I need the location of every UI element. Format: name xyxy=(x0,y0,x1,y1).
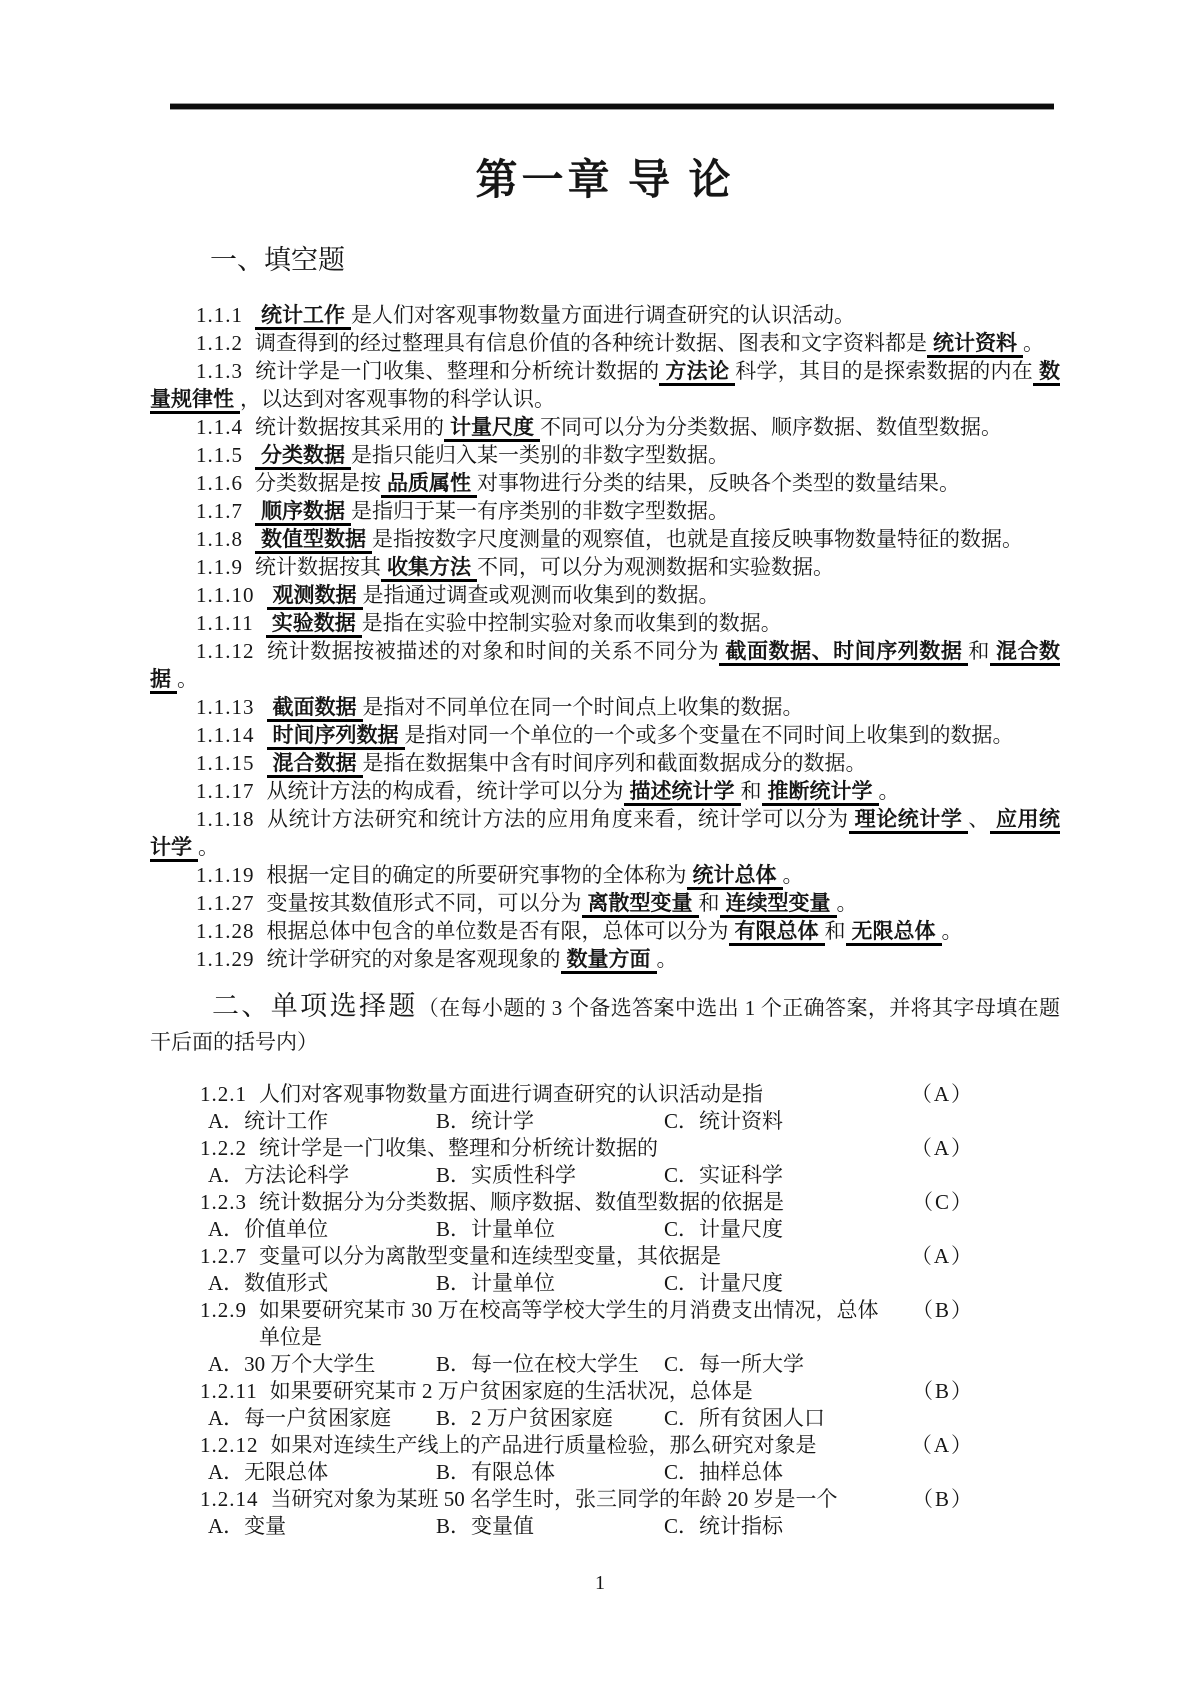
item-text: 统计数据按其采用的 xyxy=(255,415,444,439)
option-C: C．统计指标 xyxy=(664,1513,783,1540)
item-text: 和 xyxy=(741,779,762,803)
options-line: A．30 万个大学生B．每一位在校大学生C．每一所大学 xyxy=(150,1351,1060,1378)
answer-letter: （B） xyxy=(898,1486,974,1513)
item-number: 1.1.10 xyxy=(196,583,255,607)
option-A: A．统计工作 xyxy=(208,1108,436,1135)
blank-answer: 收集方法 xyxy=(381,555,477,582)
answer-letter: （C） xyxy=(898,1189,974,1216)
item-text: 。 xyxy=(177,667,198,691)
item-number: 1.1.27 xyxy=(196,891,255,915)
options-line: A．每一户贫困家庭B．2 万户贫困家庭C．所有贫困人口 xyxy=(150,1405,1060,1432)
item-text: 。 xyxy=(783,863,804,887)
blank-answer: 离散型变量 xyxy=(582,891,699,918)
blank-answer: 连续型变量 xyxy=(720,891,837,918)
item-number: 1.2.9 xyxy=(200,1297,247,1324)
fill-item-1.1.18: 1.1.18从统计方法研究和统计方法的应用角度来看，统计学可以分为理论统计学、应… xyxy=(150,805,1060,861)
question-text: 如果要研究某市 30 万在校高等学校大学生的月消费支出情况，总体单位是 xyxy=(259,1297,898,1351)
fill-item-1.1.17: 1.1.17从统计方法的构成看，统计学可以分为描述统计学和推断统计学。 xyxy=(150,777,1060,805)
fill-item-1.1.11: 1.1.11实验数据是指在实验中控制实验对象而收集到的数据。 xyxy=(150,609,1060,637)
mcq-item-1.2.11: 1.2.11如果要研究某市 2 万户贫困家庭的生活状况，总体是（B）A．每一户贫… xyxy=(150,1378,1060,1432)
question-text: 如果对连续生产线上的产品进行质量检验，那么研究对象是 xyxy=(271,1432,817,1459)
item-text: 统计数据按被描述的对象和时间的关系不同分为 xyxy=(267,639,720,663)
item-text: 不同可以分为分类数据、顺序数据、数值型数据。 xyxy=(540,415,1002,439)
mcq-item-1.2.3: 1.2.3统计数据分为分类数据、顺序数据、数值型数据的依据是（C）A．价值单位B… xyxy=(150,1189,1060,1243)
mcq-item-1.2.2: 1.2.2统计学是一门收集、整理和分析统计数据的（A）A．方法论科学B．实质性科… xyxy=(150,1135,1060,1189)
option-A: A．无限总体 xyxy=(208,1459,436,1486)
item-number: 1.1.5 xyxy=(196,443,243,467)
fill-item-1.1.27: 1.1.27变量按其数值形式不同，可以分为离散型变量和连续型变量。 xyxy=(150,889,1060,917)
option-B: B．变量值 xyxy=(436,1513,664,1540)
question-text: 当研究对象为某班 50 名学生时，张三同学的年龄 20 岁是一个 xyxy=(271,1486,838,1513)
item-number: 1.1.17 xyxy=(196,779,255,803)
item-text: 。 xyxy=(198,835,219,859)
question-line: 1.2.2统计学是一门收集、整理和分析统计数据的（A） xyxy=(150,1135,1060,1162)
question-line: 1.2.9如果要研究某市 30 万在校高等学校大学生的月消费支出情况，总体单位是… xyxy=(150,1297,1060,1351)
blank-answer: 截面数据 xyxy=(267,695,363,722)
item-number: 1.1.6 xyxy=(196,471,243,495)
fill-item-1.1.13: 1.1.13截面数据是指对不同单位在同一个时间点上收集的数据。 xyxy=(150,693,1060,721)
item-number: 1.1.14 xyxy=(196,723,255,747)
answer-letter: （B） xyxy=(898,1378,974,1405)
page-number: 1 xyxy=(0,1572,1200,1595)
chapter-title: 第一章 导 论 xyxy=(150,155,1060,207)
item-text: 。 xyxy=(1023,331,1044,355)
item-text: 不同，可以分为观测数据和实验数据。 xyxy=(477,555,834,579)
blank-answer: 无限总体 xyxy=(846,919,942,946)
answer-letter: （A） xyxy=(897,1432,974,1459)
blank-answer: 有限总体 xyxy=(729,919,825,946)
option-C: C．所有贫困人口 xyxy=(664,1405,825,1432)
fill-item-1.1.3: 1.1.3统计学是一门收集、整理和分析统计数据的方法论科学，其目的是探索数据的内… xyxy=(150,357,1060,413)
blank-answer: 数值型数据 xyxy=(255,527,372,554)
options-line: A．价值单位B．计量单位C．计量尺度 xyxy=(150,1216,1060,1243)
item-text: 。 xyxy=(942,919,963,943)
item-text: 根据一定目的确定的所要研究事物的全体称为 xyxy=(267,863,687,887)
item-text: 是指按数字尺度测量的观察值，也就是直接反映事物数量特征的数据。 xyxy=(372,527,1023,551)
option-B: B．2 万户贫困家庭 xyxy=(436,1405,664,1432)
item-text: 统计数据按其 xyxy=(255,555,381,579)
item-text: 是指在实验中控制实验对象而收集到的数据。 xyxy=(362,611,782,635)
answer-letter: （A） xyxy=(897,1243,974,1270)
fill-item-1.1.1: 1.1.1统计工作是人们对客观事物数量方面进行调查研究的认识活动。 xyxy=(150,301,1060,329)
fill-item-1.1.14: 1.1.14时间序列数据是指对同一个单位的一个或多个变量在不同时间上收集到的数据… xyxy=(150,721,1060,749)
item-number: 1.1.8 xyxy=(196,527,243,551)
item-number: 1.2.1 xyxy=(200,1081,247,1108)
option-C: C．计量尺度 xyxy=(664,1270,783,1297)
item-text: 。 xyxy=(657,947,678,971)
answer-letter: （A） xyxy=(897,1081,974,1108)
question-text: 统计数据分为分类数据、顺序数据、数值型数据的依据是 xyxy=(259,1189,784,1216)
options-line: A．无限总体B．有限总体C．抽样总体 xyxy=(150,1459,1060,1486)
item-number: 1.1.19 xyxy=(196,863,255,887)
fill-in-section-heading: 一、填空题 xyxy=(150,243,1060,277)
blank-answer: 描述统计学 xyxy=(624,779,741,806)
option-A: A．每一户贫困家庭 xyxy=(208,1405,436,1432)
blank-answer: 统计资料 xyxy=(927,331,1023,358)
option-C: C．计量尺度 xyxy=(664,1216,783,1243)
options-line: A．统计工作B．统计学C．统计资料 xyxy=(150,1108,1060,1135)
option-B: B．每一位在校大学生 xyxy=(436,1351,664,1378)
option-A: A．方法论科学 xyxy=(208,1162,436,1189)
item-text: 是指在数据集中含有时间序列和截面数据成分的数据。 xyxy=(363,751,867,775)
blank-answer: 统计工作 xyxy=(255,303,351,330)
item-number: 1.1.7 xyxy=(196,499,243,523)
item-number: 1.1.11 xyxy=(196,611,254,635)
question-text: 如果要研究某市 2 万户贫困家庭的生活状况，总体是 xyxy=(270,1378,753,1405)
fill-item-1.1.12: 1.1.12统计数据按被描述的对象和时间的关系不同分为截面数据、时间序列数据和混… xyxy=(150,637,1060,693)
options-line: A．变量B．变量值C．统计指标 xyxy=(150,1513,1060,1540)
mcq-item-1.2.12: 1.2.12如果对连续生产线上的产品进行质量检验，那么研究对象是（A）A．无限总… xyxy=(150,1432,1060,1486)
item-text: 是指对不同单位在同一个时间点上收集的数据。 xyxy=(363,695,804,719)
item-text: 、 xyxy=(968,807,990,831)
mcq-section-heading: 二、单项选择题（在每小题的 3 个备选答案中选出 1 个正确答案，并将其字母填在… xyxy=(150,989,1060,1059)
question-line: 1.2.12如果对连续生产线上的产品进行质量检验，那么研究对象是（A） xyxy=(150,1432,1060,1459)
item-text: 根据总体中包含的单位数是否有限，总体可以分为 xyxy=(267,919,729,943)
option-C: C．实证科学 xyxy=(664,1162,783,1189)
item-text: 从统计方法研究和统计方法的应用角度来看，统计学可以分为 xyxy=(267,807,849,831)
option-C: C．统计资料 xyxy=(664,1108,783,1135)
mcq-list: 1.2.1人们对客观事物数量方面进行调查研究的认识活动是指（A）A．统计工作B．… xyxy=(150,1081,1060,1540)
item-number: 1.2.7 xyxy=(200,1243,247,1270)
question-line: 1.2.1人们对客观事物数量方面进行调查研究的认识活动是指（A） xyxy=(150,1081,1060,1108)
fill-item-1.1.29: 1.1.29统计学研究的对象是客观现象的数量方面。 xyxy=(150,945,1060,973)
item-text: 是指只能归入某一类别的非数字型数据。 xyxy=(351,443,729,467)
item-text: 科学，其目的是探索数据的内在 xyxy=(735,359,1033,383)
blank-answer: 分类数据 xyxy=(255,443,351,470)
option-B: B．计量单位 xyxy=(436,1270,664,1297)
option-B: B．有限总体 xyxy=(436,1459,664,1486)
fill-item-1.1.5: 1.1.5分类数据是指只能归入某一类别的非数字型数据。 xyxy=(150,441,1060,469)
option-B: B．统计学 xyxy=(436,1108,664,1135)
item-text: 和 xyxy=(968,639,990,663)
blank-answer: 顺序数据 xyxy=(255,499,351,526)
option-A: A．数值形式 xyxy=(208,1270,436,1297)
fill-item-1.1.9: 1.1.9统计数据按其收集方法不同，可以分为观测数据和实验数据。 xyxy=(150,553,1060,581)
mcq-heading-label: 二、单项选择题 xyxy=(212,991,418,1021)
fill-item-1.1.10: 1.1.10观测数据是指通过调查或观测而收集到的数据。 xyxy=(150,581,1060,609)
blank-answer: 统计总体 xyxy=(687,863,783,890)
item-text: 。 xyxy=(837,891,858,915)
item-text: 调查得到的经过整理具有信息价值的各种统计数据、图表和文字资料都是 xyxy=(255,331,927,355)
question-line: 1.2.11如果要研究某市 2 万户贫困家庭的生活状况，总体是（B） xyxy=(150,1378,1060,1405)
header-rule xyxy=(170,104,1054,109)
item-number: 1.1.29 xyxy=(196,947,255,971)
options-line: A．方法论科学B．实质性科学C．实证科学 xyxy=(150,1162,1060,1189)
option-B: B．实质性科学 xyxy=(436,1162,664,1189)
fill-item-1.1.19: 1.1.19根据一定目的确定的所要研究事物的全体称为统计总体。 xyxy=(150,861,1060,889)
fill-item-1.1.4: 1.1.4统计数据按其采用的计量尺度不同可以分为分类数据、顺序数据、数值型数据。 xyxy=(150,413,1060,441)
item-text: 统计学是一门收集、整理和分析统计数据的 xyxy=(255,359,659,383)
item-number: 1.1.2 xyxy=(196,331,243,355)
item-number: 1.1.18 xyxy=(196,807,255,831)
fill-in-list: 1.1.1统计工作是人们对客观事物数量方面进行调查研究的认识活动。1.1.2调查… xyxy=(150,301,1060,973)
item-text: 是指通过调查或观测而收集到的数据。 xyxy=(363,583,720,607)
item-text: 是指归于某一有序类别的非数字型数据。 xyxy=(351,499,729,523)
item-number: 1.2.3 xyxy=(200,1189,247,1216)
blank-answer: 截面数据、时间序列数据 xyxy=(719,639,968,666)
mcq-item-1.2.9: 1.2.9如果要研究某市 30 万在校高等学校大学生的月消费支出情况，总体单位是… xyxy=(150,1297,1060,1378)
item-number: 1.2.12 xyxy=(200,1432,259,1459)
item-number: 1.2.11 xyxy=(200,1378,258,1405)
item-number: 1.2.2 xyxy=(200,1135,247,1162)
item-text: 是人们对客观事物数量方面进行调查研究的认识活动。 xyxy=(351,303,855,327)
item-text: 对事物进行分类的结果，反映各个类型的数量结果。 xyxy=(477,471,960,495)
mcq-item-1.2.1: 1.2.1人们对客观事物数量方面进行调查研究的认识活动是指（A）A．统计工作B．… xyxy=(150,1081,1060,1135)
item-text: 。 xyxy=(879,779,900,803)
blank-answer: 混合数据 xyxy=(267,751,363,778)
blank-answer: 观测数据 xyxy=(267,583,363,610)
blank-answer: 时间序列数据 xyxy=(267,723,405,750)
question-line: 1.2.3统计数据分为分类数据、顺序数据、数值型数据的依据是（C） xyxy=(150,1189,1060,1216)
question-text: 人们对客观事物数量方面进行调查研究的认识活动是指 xyxy=(259,1081,763,1108)
blank-answer: 推断统计学 xyxy=(762,779,879,806)
blank-answer: 理论统计学 xyxy=(849,807,969,834)
page-content: 第一章 导 论 一、填空题 1.1.1统计工作是人们对客观事物数量方面进行调查研… xyxy=(0,155,1200,1540)
item-text: 是指对同一个单位的一个或多个变量在不同时间上收集到的数据。 xyxy=(405,723,1014,747)
fill-item-1.1.7: 1.1.7顺序数据是指归于某一有序类别的非数字型数据。 xyxy=(150,497,1060,525)
option-B: B．计量单位 xyxy=(436,1216,664,1243)
answer-letter: （A） xyxy=(897,1135,974,1162)
fill-item-1.1.8: 1.1.8数值型数据是指按数字尺度测量的观察值，也就是直接反映事物数量特征的数据… xyxy=(150,525,1060,553)
item-number: 1.1.15 xyxy=(196,751,255,775)
blank-answer: 方法论 xyxy=(659,359,735,386)
item-text: 从统计方法的构成看，统计学可以分为 xyxy=(267,779,624,803)
item-number: 1.1.13 xyxy=(196,695,255,719)
question-line: 1.2.14当研究对象为某班 50 名学生时，张三同学的年龄 20 岁是一个（B… xyxy=(150,1486,1060,1513)
item-text: 统计学研究的对象是客观现象的 xyxy=(267,947,561,971)
question-text: 变量可以分为离散型变量和连续型变量，其依据是 xyxy=(259,1243,721,1270)
question-line: 1.2.7变量可以分为离散型变量和连续型变量，其依据是（A） xyxy=(150,1243,1060,1270)
item-text: 变量按其数值形式不同，可以分为 xyxy=(267,891,582,915)
blank-answer: 品质属性 xyxy=(381,471,477,498)
fill-item-1.1.6: 1.1.6分类数据是按品质属性对事物进行分类的结果，反映各个类型的数量结果。 xyxy=(150,469,1060,497)
option-A: A．30 万个大学生 xyxy=(208,1351,436,1378)
item-text: 和 xyxy=(699,891,720,915)
item-number: 1.1.9 xyxy=(196,555,243,579)
option-A: A．价值单位 xyxy=(208,1216,436,1243)
item-number: 1.1.12 xyxy=(196,639,255,663)
document-page: 第一章 导 论 一、填空题 1.1.1统计工作是人们对客观事物数量方面进行调查研… xyxy=(0,0,1200,1698)
item-text: 和 xyxy=(825,919,846,943)
answer-letter: （B） xyxy=(898,1297,974,1324)
mcq-item-1.2.14: 1.2.14当研究对象为某班 50 名学生时，张三同学的年龄 20 岁是一个（B… xyxy=(150,1486,1060,1540)
option-C: C．抽样总体 xyxy=(664,1459,783,1486)
options-line: A．数值形式B．计量单位C．计量尺度 xyxy=(150,1270,1060,1297)
blank-answer: 实验数据 xyxy=(266,611,362,638)
item-number: 1.1.1 xyxy=(196,303,243,327)
item-number: 1.1.4 xyxy=(196,415,243,439)
fill-item-1.1.2: 1.1.2调查得到的经过整理具有信息价值的各种统计数据、图表和文字资料都是统计资… xyxy=(150,329,1060,357)
option-C: C．每一所大学 xyxy=(664,1351,804,1378)
item-number: 1.2.14 xyxy=(200,1486,259,1513)
mcq-item-1.2.7: 1.2.7变量可以分为离散型变量和连续型变量，其依据是（A）A．数值形式B．计量… xyxy=(150,1243,1060,1297)
question-text: 统计学是一门收集、整理和分析统计数据的 xyxy=(259,1135,658,1162)
blank-answer: 计量尺度 xyxy=(444,415,540,442)
option-A: A．变量 xyxy=(208,1513,436,1540)
fill-item-1.1.28: 1.1.28根据总体中包含的单位数是否有限，总体可以分为有限总体和无限总体。 xyxy=(150,917,1060,945)
item-number: 1.1.28 xyxy=(196,919,255,943)
item-text: 分类数据是按 xyxy=(255,471,381,495)
item-text: ，以达到对客观事物的科学认识。 xyxy=(240,387,555,411)
item-number: 1.1.3 xyxy=(196,359,243,383)
fill-item-1.1.15: 1.1.15混合数据是指在数据集中含有时间序列和截面数据成分的数据。 xyxy=(150,749,1060,777)
blank-answer: 数量方面 xyxy=(561,947,657,974)
